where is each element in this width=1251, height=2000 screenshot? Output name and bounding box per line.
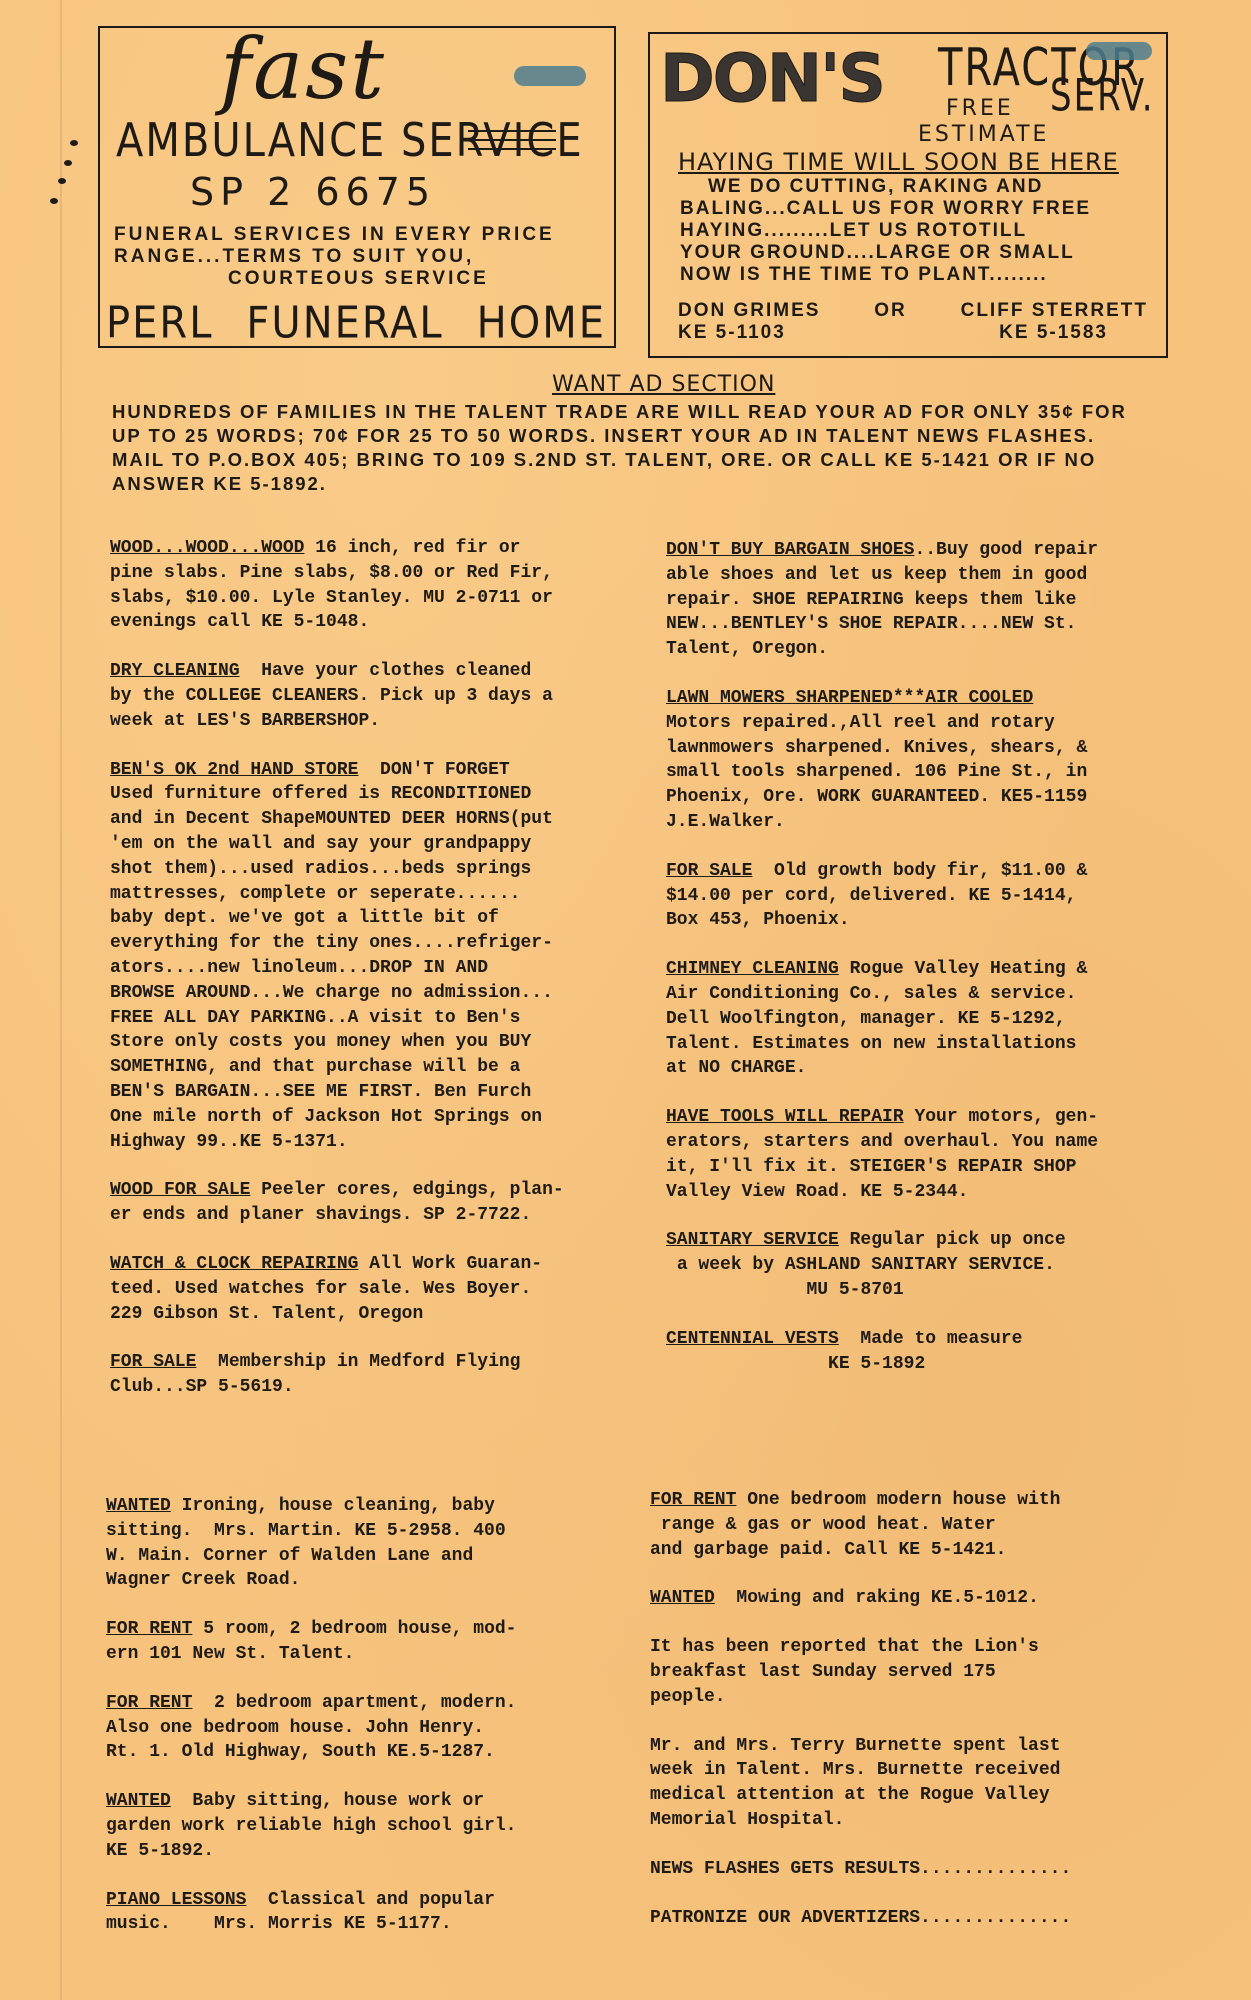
classified-ad: WANTED Mowing and raking KE.5-1012. — [650, 1586, 1170, 1611]
want-ad-intro: HUNDREDS OF FAMILIES IN THE TALENT TRADE… — [112, 400, 1142, 496]
contact-separator: OR — [874, 300, 907, 322]
fold-line — [60, 0, 62, 2000]
ambulance-phone: SP 2 6675 — [190, 170, 436, 214]
ad-heading: BEN'S OK 2nd HAND STORE — [110, 760, 358, 780]
tractor-contacts: DON GRIMES OR CLIFF STERRETT KE 5-1103 K… — [678, 300, 1148, 344]
footer-word: HOME — [477, 298, 606, 349]
blue-pen-mark — [1086, 42, 1152, 60]
tractor-headline: HAYING TIME WILL SOON BE HERE — [678, 148, 1119, 176]
ad-text: Motors repaired.,All reel and rotary law… — [666, 713, 1087, 832]
ad-heading: PIANO LESSONS — [106, 1890, 246, 1910]
classified-ad: WOOD...WOOD...WOOD 16 inch, red fir or p… — [110, 536, 630, 635]
blue-pen-mark — [514, 66, 586, 86]
serv-word: SERV. — [1050, 70, 1155, 122]
ad-text: It has been reported that the Lion's bre… — [650, 1637, 1039, 1707]
ads-column-left-bottom: WANTED Ironing, house cleaning, baby sit… — [106, 1494, 626, 1961]
ad-heading: WOOD...WOOD...WOOD — [110, 538, 304, 558]
classified-ad: FOR RENT One bedroom modern house with r… — [650, 1488, 1170, 1562]
ads-column-right-bottom: FOR RENT One bedroom modern house with r… — [650, 1488, 1170, 1954]
classified-ad: FOR RENT 5 room, 2 bedroom house, mod- e… — [106, 1617, 626, 1667]
tractor-body: WE DO CUTTING, RAKING AND BALING...CALL … — [680, 176, 1150, 286]
footer-word: FUNERAL — [246, 298, 443, 349]
classified-ad: WOOD FOR SALE Peeler cores, edgings, pla… — [110, 1178, 630, 1228]
classified-ad: NEWS FLASHES GETS RESULTS.............. — [650, 1857, 1170, 1882]
punch-mark — [50, 198, 58, 204]
ad-heading: FOR RENT — [106, 1619, 192, 1639]
ad-heading: LAWN MOWERS SHARPENED***AIR COOLED — [666, 688, 1033, 708]
ad-heading: FOR SALE — [110, 1352, 196, 1372]
ad-heading: SANITARY SERVICE — [666, 1230, 839, 1250]
estimate-word: ESTIMATE — [918, 122, 1049, 147]
ambulance-ad: fast AMBULANCE SERVICE SP 2 6675 FUNERAL… — [98, 26, 616, 348]
classified-ad: WANTED Baby sitting, house work or garde… — [106, 1789, 626, 1863]
footer-word: PERL — [106, 298, 213, 349]
ad-text: PATRONIZE OUR ADVERTIZERS.............. — [650, 1908, 1071, 1928]
ad-heading: WANTED — [106, 1496, 171, 1516]
ad-heading: WATCH & CLOCK REPAIRING — [110, 1254, 358, 1274]
speed-lines — [468, 130, 556, 157]
ad-heading: DON'T BUY BARGAIN SHOES — [666, 540, 914, 560]
classified-ad: CENTENNIAL VESTS Made to measure KE 5-18… — [666, 1327, 1186, 1377]
classified-ad: LAWN MOWERS SHARPENED***AIR COOLED Motor… — [666, 686, 1186, 835]
ambulance-line3: COURTEOUS SERVICE — [114, 268, 604, 290]
ad-heading: FOR RENT — [650, 1490, 736, 1510]
ad-text: Mowing and raking KE.5-1012. — [715, 1588, 1039, 1608]
classified-ad: PIANO LESSONS Classical and popular musi… — [106, 1888, 626, 1938]
dons-logo: DON'S — [660, 40, 884, 117]
ambulance-line1: FUNERAL SERVICES IN EVERY PRICE — [114, 224, 604, 246]
tractor-line: WE DO CUTTING, RAKING AND — [680, 176, 1150, 198]
ad-heading: CHIMNEY CLEANING — [666, 959, 839, 979]
classified-ad: FOR SALE Membership in Medford Flying Cl… — [110, 1350, 630, 1400]
classified-ad: It has been reported that the Lion's bre… — [650, 1635, 1170, 1709]
contact-name: DON GRIMES — [678, 300, 820, 322]
tractor-ad: DON'S TRACTOR SERV. FREE ESTIMATE HAYING… — [648, 32, 1168, 358]
ambulance-line2: RANGE...TERMS TO SUIT YOU, — [114, 246, 604, 268]
tractor-line: YOUR GROUND....LARGE OR SMALL — [680, 242, 1150, 264]
contact-phone: KE 5-1583 — [999, 322, 1148, 344]
tractor-line: NOW IS THE TIME TO PLANT........ — [680, 264, 1150, 286]
ad-text: DON'T FORGET Used furniture offered is R… — [110, 760, 553, 1152]
ad-heading: HAVE TOOLS WILL REPAIR — [666, 1107, 904, 1127]
classified-ad: DON'T BUY BARGAIN SHOES..Buy good repair… — [666, 538, 1186, 662]
ambulance-body: FUNERAL SERVICES IN EVERY PRICE RANGE...… — [114, 224, 604, 290]
tractor-line: HAYING.........LET US ROTOTILL — [680, 220, 1150, 242]
classified-ad: BEN'S OK 2nd HAND STORE DON'T FORGET Use… — [110, 758, 630, 1155]
ad-heading: CENTENNIAL VESTS — [666, 1329, 839, 1349]
contact-phone: KE 5-1103 — [678, 322, 786, 344]
classified-ad: DRY CLEANING Have your clothes cleaned b… — [110, 659, 630, 733]
ad-heading: FOR SALE — [666, 861, 752, 881]
ad-text: Mr. and Mrs. Terry Burnette spent last w… — [650, 1736, 1060, 1830]
want-ad-section-title: WANT AD SECTION — [552, 372, 775, 397]
ads-column-right: DON'T BUY BARGAIN SHOES..Buy good repair… — [666, 538, 1186, 1400]
ad-text: NEWS FLASHES GETS RESULTS.............. — [650, 1859, 1071, 1879]
free-word: FREE — [946, 96, 1014, 121]
punch-mark — [70, 140, 78, 146]
classified-ad: FOR SALE Old growth body fir, $11.00 & $… — [666, 859, 1186, 933]
classified-ad: HAVE TOOLS WILL REPAIR Your motors, gen-… — [666, 1105, 1186, 1204]
ad-heading: FOR RENT — [106, 1693, 192, 1713]
ads-column-left: WOOD...WOOD...WOOD 16 inch, red fir or p… — [110, 536, 630, 1424]
ad-heading: WANTED — [650, 1588, 715, 1608]
script-fast: fast — [220, 20, 386, 118]
contact-name: CLIFF STERRETT — [961, 300, 1148, 322]
funeral-home-name: PERL FUNERAL HOME — [106, 298, 606, 349]
tractor-line: BALING...CALL US FOR WORRY FREE — [680, 198, 1150, 220]
ad-heading: WANTED — [106, 1791, 171, 1811]
punch-mark — [58, 178, 66, 184]
classified-ad: Mr. and Mrs. Terry Burnette spent last w… — [650, 1734, 1170, 1833]
classified-ad: CHIMNEY CLEANING Rogue Valley Heating & … — [666, 957, 1186, 1081]
ad-heading: WOOD FOR SALE — [110, 1180, 250, 1200]
classified-ad: WANTED Ironing, house cleaning, baby sit… — [106, 1494, 626, 1593]
classified-ad: FOR RENT 2 bedroom apartment, modern. Al… — [106, 1691, 626, 1765]
classified-ad: WATCH & CLOCK REPAIRING All Work Guaran-… — [110, 1252, 630, 1326]
punch-mark — [64, 160, 72, 166]
classified-ad: PATRONIZE OUR ADVERTIZERS.............. — [650, 1906, 1170, 1931]
ad-heading: DRY CLEANING — [110, 661, 240, 681]
classified-ad: SANITARY SERVICE Regular pick up once a … — [666, 1228, 1186, 1302]
